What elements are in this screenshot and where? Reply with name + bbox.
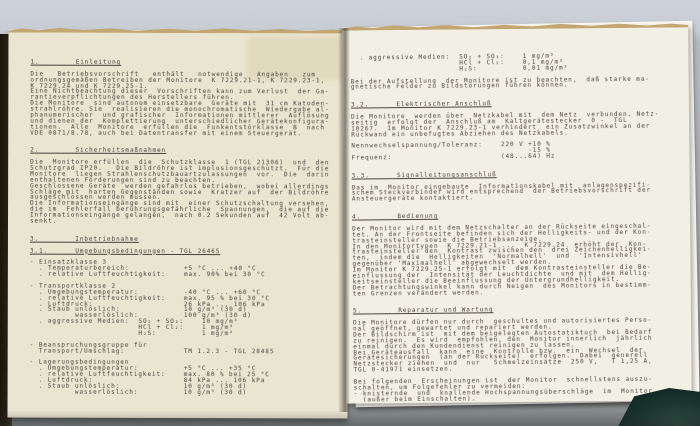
torn-paper-edge xyxy=(9,27,349,34)
page-gutter-shadow xyxy=(338,28,350,412)
left-page-text: 1. Einleitung Die Betriebsvorschrift ent… xyxy=(30,60,330,397)
right-page-text: . aggressive Medien: SO₂ + SO₃: 1 mg/m³ … xyxy=(350,53,662,403)
bottom-shadow xyxy=(0,410,700,426)
right-page: . aggressive Medien: SO₂ + SO₃: 1 mg/m³ … xyxy=(342,24,692,403)
text-line: wasserlöslich: 10 g/m³ (30 d) xyxy=(30,389,329,396)
scanned-document-photo: 1. Einleitung Die Betriebsvorschrift ent… xyxy=(0,0,700,426)
left-page: 1. Einleitung Die Betriebsvorschrift ent… xyxy=(7,30,348,419)
